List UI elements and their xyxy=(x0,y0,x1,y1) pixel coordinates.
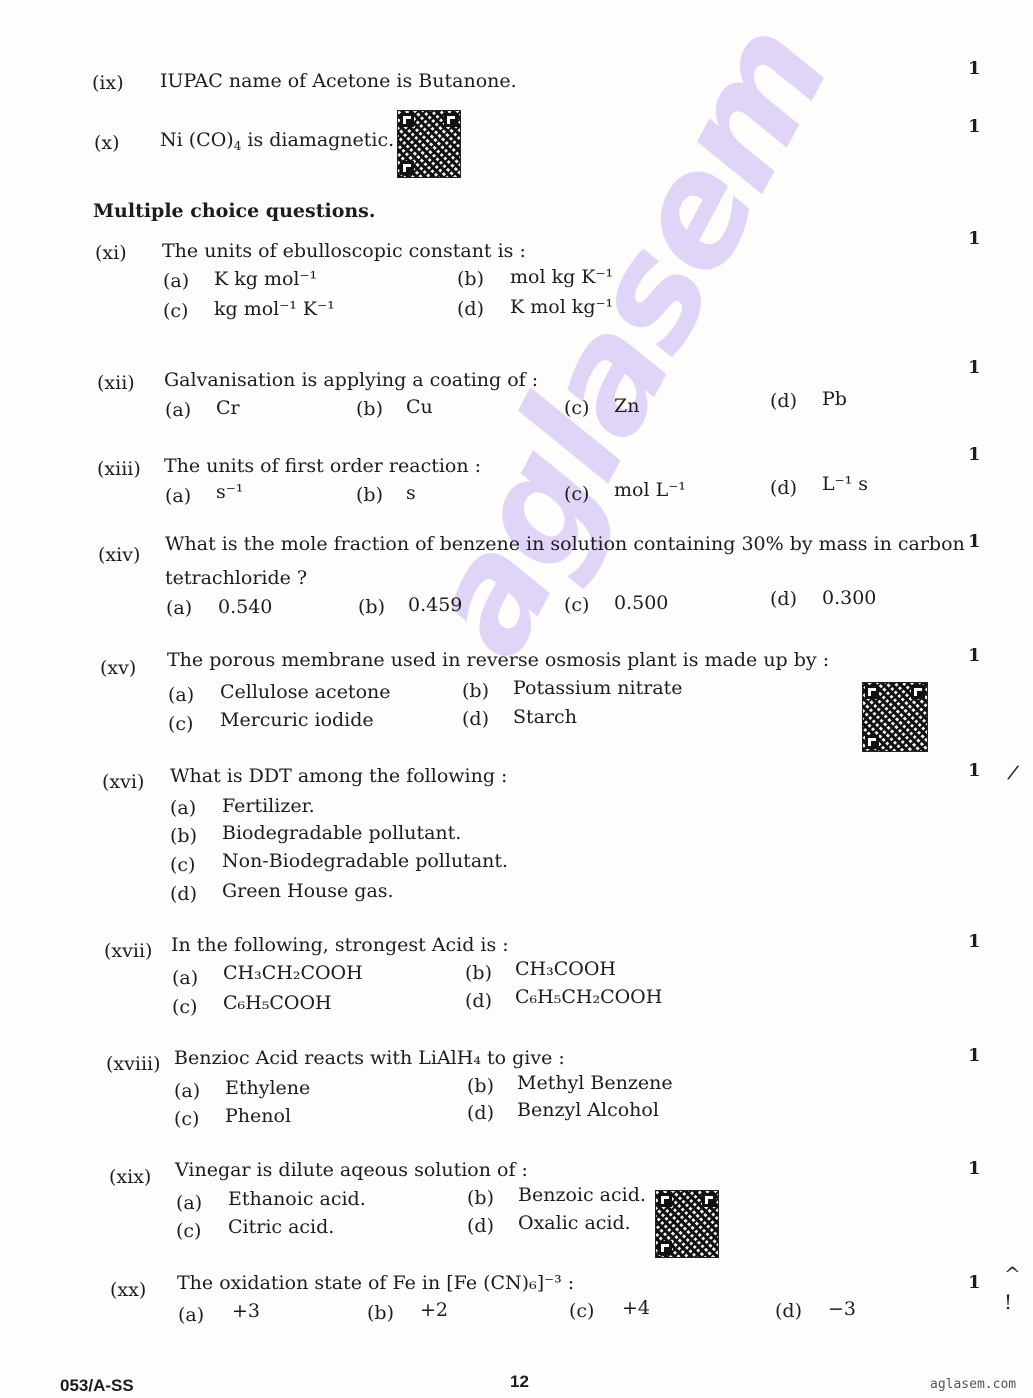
option-label: (b) xyxy=(457,268,484,290)
question-mark: 1 xyxy=(968,1272,981,1293)
question-mark: 1 xyxy=(968,760,981,781)
option-text: CH₃CH₂COOH xyxy=(223,962,363,984)
option-text: Cu xyxy=(406,396,433,418)
option-label: (b) xyxy=(358,596,385,618)
option-label: (d) xyxy=(775,1300,802,1322)
option-text: −3 xyxy=(828,1298,856,1320)
qr-code-icon xyxy=(655,1190,719,1258)
option-label: (d) xyxy=(770,477,797,499)
question-mark: 1 xyxy=(968,228,981,249)
option-text: L⁻¹ s xyxy=(822,473,868,495)
option-label: (d) xyxy=(170,883,197,905)
option-label: (c) xyxy=(170,854,195,876)
pen-mark-icon: / xyxy=(1006,760,1021,785)
option-text: s⁻¹ xyxy=(216,481,243,503)
option-text: Ethylene xyxy=(225,1077,310,1099)
question-mark: 1 xyxy=(968,931,981,952)
section-heading: Multiple choice questions. xyxy=(93,200,376,222)
option-label: (c) xyxy=(163,300,188,322)
option-label: (a) xyxy=(165,399,191,421)
option-label: (a) xyxy=(165,485,191,507)
option-text: Non-Biodegradable pollutant. xyxy=(222,850,508,872)
option-label: (d) xyxy=(467,1215,494,1237)
question-mark: 1 xyxy=(968,58,981,79)
qr-code-icon xyxy=(862,682,928,752)
option-text: Oxalic acid. xyxy=(518,1212,631,1234)
question-mark: 1 xyxy=(968,645,981,666)
option-text: Zn xyxy=(614,395,639,417)
option-text: mol kg K⁻¹ xyxy=(510,266,613,288)
option-label: (a) xyxy=(176,1192,202,1214)
option-text: C₆H₅COOH xyxy=(223,992,332,1014)
question-number: (xii) xyxy=(97,372,135,394)
option-text: Cellulose acetone xyxy=(220,681,391,703)
question-number: (xviii) xyxy=(106,1053,161,1075)
option-label: (c) xyxy=(564,397,589,419)
option-label: (b) xyxy=(170,825,197,847)
option-text: 0.500 xyxy=(614,592,668,614)
question-text: What is DDT among the following : xyxy=(170,765,507,787)
option-text: +4 xyxy=(622,1297,650,1319)
option-text: kg mol⁻¹ K⁻¹ xyxy=(214,298,335,320)
option-text: Cr xyxy=(216,397,240,419)
option-text: s xyxy=(406,482,416,504)
question-mark: 1 xyxy=(968,444,981,465)
question-text: Ni (CO)4 is diamagnetic. xyxy=(160,129,394,151)
option-label: (d) xyxy=(457,298,484,320)
option-text: Phenol xyxy=(225,1105,291,1127)
page-number: 12 xyxy=(510,1372,529,1392)
question-number: (xix) xyxy=(109,1166,151,1188)
option-label: (a) xyxy=(168,684,194,706)
question-mark: 1 xyxy=(968,116,981,137)
paper-code: 053/A-SS xyxy=(60,1376,134,1396)
question-number: (x) xyxy=(94,132,120,154)
option-text: mol L⁻¹ xyxy=(614,479,686,501)
question-number: (xv) xyxy=(100,657,136,679)
question-mark: 1 xyxy=(968,531,981,552)
question-text: The porous membrane used in reverse osmo… xyxy=(167,649,829,671)
option-label: (c) xyxy=(168,713,193,735)
question-text: In the following, strongest Acid is : xyxy=(171,934,509,956)
question-text: Benzioc Acid reacts with LiAlH₄ to give … xyxy=(174,1047,565,1069)
option-label: (c) xyxy=(176,1220,201,1242)
question-mark: 1 xyxy=(968,1158,981,1179)
question-text: Vinegar is dilute aqeous solution of : xyxy=(175,1159,528,1181)
option-text: +3 xyxy=(232,1300,260,1322)
option-text: Starch xyxy=(513,706,577,728)
option-label: (d) xyxy=(770,588,797,610)
option-text: Benzoic acid. xyxy=(518,1184,646,1206)
question-number: (xiv) xyxy=(98,544,140,566)
question-text: The units of first order reaction : xyxy=(164,455,481,477)
option-label: (b) xyxy=(467,1187,494,1209)
option-label: (a) xyxy=(174,1080,200,1102)
watermark: aglasem xyxy=(390,0,863,682)
option-label: (b) xyxy=(465,962,492,984)
question-number: (xvi) xyxy=(102,771,144,793)
option-text: 0.540 xyxy=(218,596,272,618)
option-text: +2 xyxy=(420,1299,448,1321)
option-label: (b) xyxy=(462,680,489,702)
option-label: (a) xyxy=(172,967,198,989)
option-text: K mol kg⁻¹ xyxy=(510,296,613,318)
question-number: (xx) xyxy=(110,1279,146,1301)
option-label: (a) xyxy=(170,797,196,819)
option-label: (c) xyxy=(564,483,589,505)
pen-mark-icon: ! xyxy=(1004,1290,1012,1314)
option-text: Pb xyxy=(822,388,847,410)
question-text: What is the mole fraction of benzene in … xyxy=(165,533,965,555)
site-watermark: aglasem.com xyxy=(930,1377,1016,1392)
option-label: (b) xyxy=(367,1302,394,1324)
option-label: (a) xyxy=(163,270,189,292)
option-text: Citric acid. xyxy=(228,1216,334,1238)
option-text: CH₃COOH xyxy=(515,958,616,980)
question-text: Galvanisation is applying a coating of : xyxy=(164,369,538,391)
question-mark: 1 xyxy=(968,1045,981,1066)
question-number: (xi) xyxy=(95,242,127,264)
question-text: The oxidation state of Fe in [Fe (CN)₆]⁻… xyxy=(177,1272,574,1294)
option-label: (d) xyxy=(770,390,797,412)
option-label: (c) xyxy=(564,594,589,616)
option-label: (c) xyxy=(174,1108,199,1130)
option-label: (b) xyxy=(356,398,383,420)
qr-code-icon xyxy=(397,110,461,178)
question-number: (xiii) xyxy=(97,458,141,480)
question-text: The units of ebulloscopic constant is : xyxy=(162,240,526,262)
option-text: Biodegradable pollutant. xyxy=(222,822,461,844)
option-text: K kg mol⁻¹ xyxy=(214,268,317,290)
option-label: (b) xyxy=(467,1075,494,1097)
option-label: (c) xyxy=(172,996,197,1018)
option-label: (d) xyxy=(462,708,489,730)
option-text: 0.300 xyxy=(822,587,876,609)
option-label: (c) xyxy=(569,1300,594,1322)
question-text: IUPAC name of Acetone is Butanone. xyxy=(160,70,517,92)
option-label: (a) xyxy=(166,597,192,619)
option-text: Mercuric iodide xyxy=(220,709,374,731)
question-mark: 1 xyxy=(968,357,981,378)
option-text: Fertilizer. xyxy=(222,795,315,817)
option-text: Benzyl Alcohol xyxy=(517,1099,659,1121)
option-text: Green House gas. xyxy=(222,880,394,902)
question-text-continued: tetrachloride ? xyxy=(165,567,307,589)
option-text: Methyl Benzene xyxy=(517,1072,673,1094)
option-label: (b) xyxy=(356,484,383,506)
option-text: Potassium nitrate xyxy=(513,677,683,699)
question-number: (ix) xyxy=(92,72,124,94)
option-text: Ethanoic acid. xyxy=(228,1188,366,1210)
option-text: C₆H₅CH₂COOH xyxy=(515,986,662,1008)
option-label: (a) xyxy=(178,1304,204,1326)
option-label: (d) xyxy=(465,990,492,1012)
option-label: (d) xyxy=(467,1102,494,1124)
pen-mark-icon: ^ xyxy=(1004,1262,1021,1286)
option-text: 0.459 xyxy=(408,594,462,616)
question-number: (xvii) xyxy=(104,940,152,962)
